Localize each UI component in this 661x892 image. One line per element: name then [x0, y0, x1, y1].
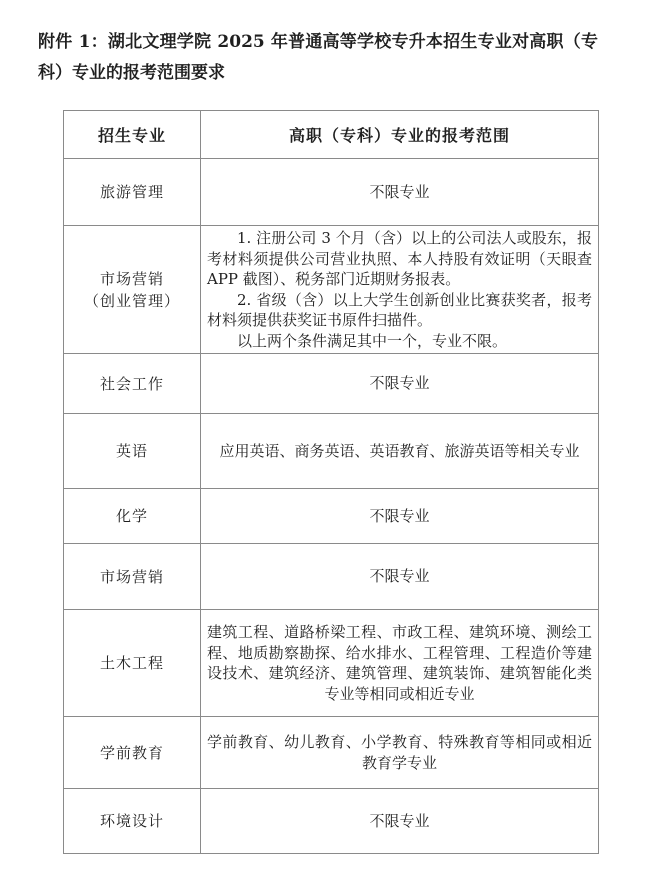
major-cell: 社会工作 [64, 354, 201, 414]
admission-scope-table: 招生专业 高职（专科）专业的报考范围 旅游管理 不限专业 市场营销 （创业管理）… [63, 110, 599, 854]
table-row-social-work: 社会工作 不限专业 [64, 354, 599, 414]
document-page: 附件 1：湖北文理学院 2025 年普通高等学校专升本招生专业对高职（专科）专业… [0, 27, 661, 854]
table-row-chemistry: 化学 不限专业 [64, 489, 599, 544]
table-row-civil-engineering: 土木工程 建筑工程、道路桥梁工程、市政工程、建筑环境、测绘工程、地质勘察勘探、给… [64, 610, 599, 717]
major-cell: 旅游管理 [64, 159, 201, 226]
scope-cell: 不限专业 [201, 159, 599, 226]
scope-cell: 1. 注册公司 3 个月（含）以上的公司法人或股东，报考材料须提供公司营业执照、… [201, 226, 599, 354]
major-cell: 学前教育 [64, 717, 201, 789]
scope-cell: 不限专业 [201, 789, 599, 854]
table-row-environmental-design: 环境设计 不限专业 [64, 789, 599, 854]
table-row-marketing-entrepreneurship: 市场营销 （创业管理） 1. 注册公司 3 个月（含）以上的公司法人或股东，报考… [64, 226, 599, 354]
scope-paragraph-1: 1. 注册公司 3 个月（含）以上的公司法人或股东，报考材料须提供公司营业执照、… [207, 228, 592, 290]
scope-paragraph-2: 2. 省级（含）以上大学生创新创业比赛获奖者，报考材料须提供获奖证书原件扫描件。 [207, 290, 592, 331]
table-row-preschool-education: 学前教育 学前教育、幼儿教育、小学教育、特殊教育等相同或相近教育学专业 [64, 717, 599, 789]
table-row-tourism-management: 旅游管理 不限专业 [64, 159, 599, 226]
table-header-row: 招生专业 高职（专科）专业的报考范围 [64, 111, 599, 159]
major-cell: 土木工程 [64, 610, 201, 717]
major-cell: 化学 [64, 489, 201, 544]
major-cell: 市场营销 （创业管理） [64, 226, 201, 354]
header-cell-major: 招生专业 [64, 111, 201, 159]
major-cell: 市场营销 [64, 544, 201, 610]
scope-cell: 建筑工程、道路桥梁工程、市政工程、建筑环境、测绘工程、地质勘察勘探、给水排水、工… [201, 610, 599, 717]
major-cell: 英语 [64, 414, 201, 489]
scope-cell: 不限专业 [201, 489, 599, 544]
scope-cell: 应用英语、商务英语、英语教育、旅游英语等相关专业 [201, 414, 599, 489]
table-row-marketing: 市场营销 不限专业 [64, 544, 599, 610]
table-row-english: 英语 应用英语、商务英语、英语教育、旅游英语等相关专业 [64, 414, 599, 489]
scope-cell: 学前教育、幼儿教育、小学教育、特殊教育等相同或相近教育学专业 [201, 717, 599, 789]
document-title: 附件 1：湖北文理学院 2025 年普通高等学校专升本招生专业对高职（专科）专业… [38, 27, 598, 89]
scope-cell: 不限专业 [201, 544, 599, 610]
scope-paragraph-3: 以上两个条件满足其中一个，专业不限。 [207, 331, 592, 352]
major-cell: 环境设计 [64, 789, 201, 854]
scope-cell: 不限专业 [201, 354, 599, 414]
header-cell-scope: 高职（专科）专业的报考范围 [201, 111, 599, 159]
